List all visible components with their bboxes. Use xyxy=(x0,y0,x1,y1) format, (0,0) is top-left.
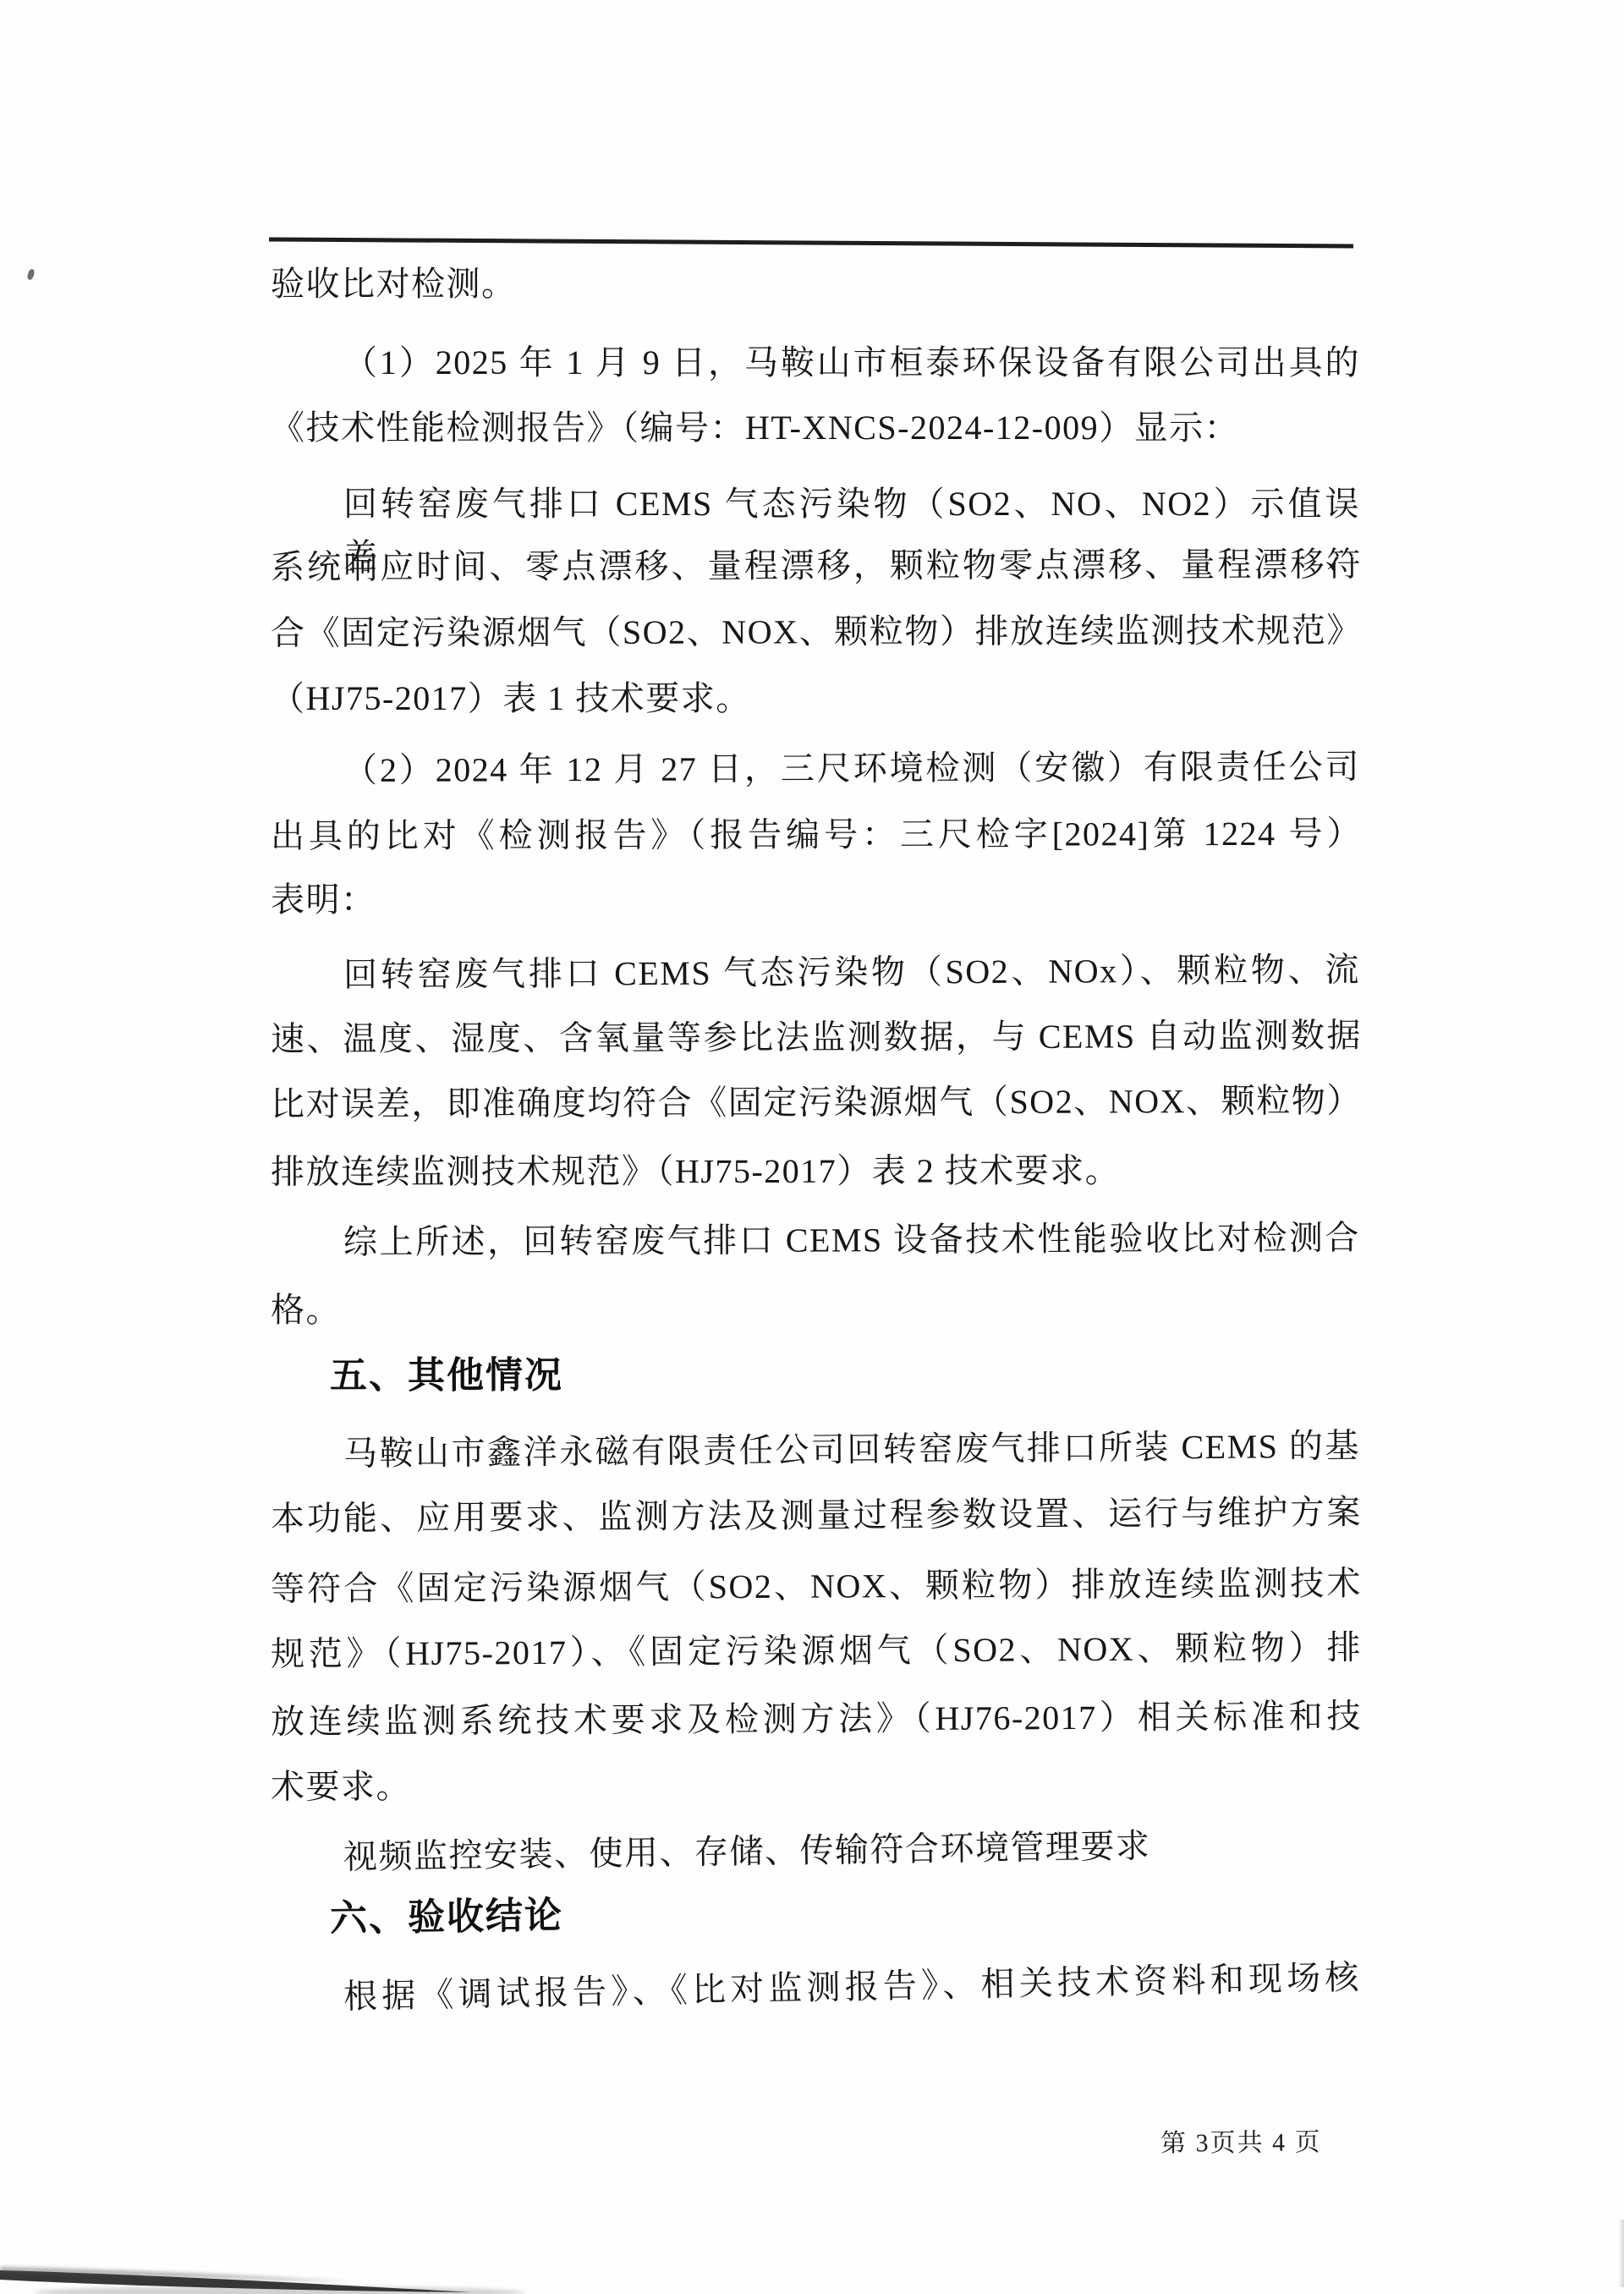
text-line: 马鞍山市鑫洋永磁有限责任公司回转窑废气排口所装 CEMS 的基 xyxy=(343,1420,1360,1480)
text-line: 出具的比对《检测报告》（报告编号：三尺检字[2024]第 1224 号） xyxy=(271,808,1362,863)
scan-artifact-bottom xyxy=(0,2242,1624,2294)
text-line: 术要求。 xyxy=(271,1760,411,1814)
page-edge-shadow xyxy=(1618,2220,1624,2287)
section-heading: 五、其他情况 xyxy=(330,1350,563,1402)
text-line: 规范》（HJ75-2017）、《固定污染源烟气（SO2、NOX、颗粒物）排 xyxy=(271,1622,1362,1681)
text-line: 根据《调试报告》、《比对监测报告》、相关技术资料和现场核 xyxy=(343,1951,1360,2023)
text-line: 等符合《固定污染源烟气（SO2、NOX、颗粒物）排放连续监测技术 xyxy=(271,1557,1362,1616)
text-line: 排放连续监测技术规范》（HJ75-2017）表 2 技术要求。 xyxy=(271,1144,1120,1199)
text-line: 合《固定污染源烟气（SO2、NOX、颗粒物）排放连续监测技术规范》 xyxy=(271,605,1362,660)
text-line: 回转窑废气排口 CEMS 气态污染物（SO2、NO、NO2）示值误差、 xyxy=(343,478,1360,530)
text-line: 比对误差，即准确度均符合《固定污染源烟气（SO2、NOX、颗粒物） xyxy=(271,1074,1362,1131)
text-line: 回转窑废气排口 CEMS 气态污染物（SO2、NOx）、颗粒物、流 xyxy=(343,944,1360,1002)
section-heading: 六、验收结论 xyxy=(330,1890,564,1946)
text-line: 格。 xyxy=(271,1284,341,1336)
document-page: 验收比对检测。（1）2025 年 1 月 9 日，马鞍山市桓泰环保设备有限公司出… xyxy=(0,0,1624,2294)
text-line: 视频监控安装、使用、存储、传输符合环境管理要求 xyxy=(343,1820,1151,1884)
text-line: 《技术性能检测报告》（编号：HT-XNCS-2024-12-009）显示： xyxy=(271,402,1239,454)
text-line: 速、温度、湿度、含氧量等参比法监测数据，与 CEMS 自动监测数据 xyxy=(271,1009,1362,1066)
text-line: 放连续监测系统技术要求及检测方法》（HJ76-2017）相关标准和技 xyxy=(271,1690,1362,1748)
page-number: 第 3页共 4 页 xyxy=(1160,2121,1322,2159)
text-line: （HJ75-2017）表 1 技术要求。 xyxy=(271,672,751,725)
text-line: 表明： xyxy=(271,874,376,926)
text-line: 综上所述，回转窑废气排口 CEMS 设备技术性能验收比对检测合 xyxy=(343,1212,1360,1269)
top-rule-line xyxy=(0,0,1624,271)
text-line: （1）2025 年 1 月 9 日，马鞍山市桓泰环保设备有限公司出具的 xyxy=(343,337,1360,389)
text-line: 验收比对检测。 xyxy=(271,258,517,310)
text-line: （2）2024 年 12 月 27 日，三尺环境检测（安徽）有限责任公司 xyxy=(343,741,1360,797)
text-line: 本功能、应用要求、监测方法及测量过程参数设置、运行与维护方案 xyxy=(271,1486,1362,1545)
text-line: 系统响应时间、零点漂移、量程漂移，颗粒物零点漂移、量程漂移符 xyxy=(271,539,1362,594)
